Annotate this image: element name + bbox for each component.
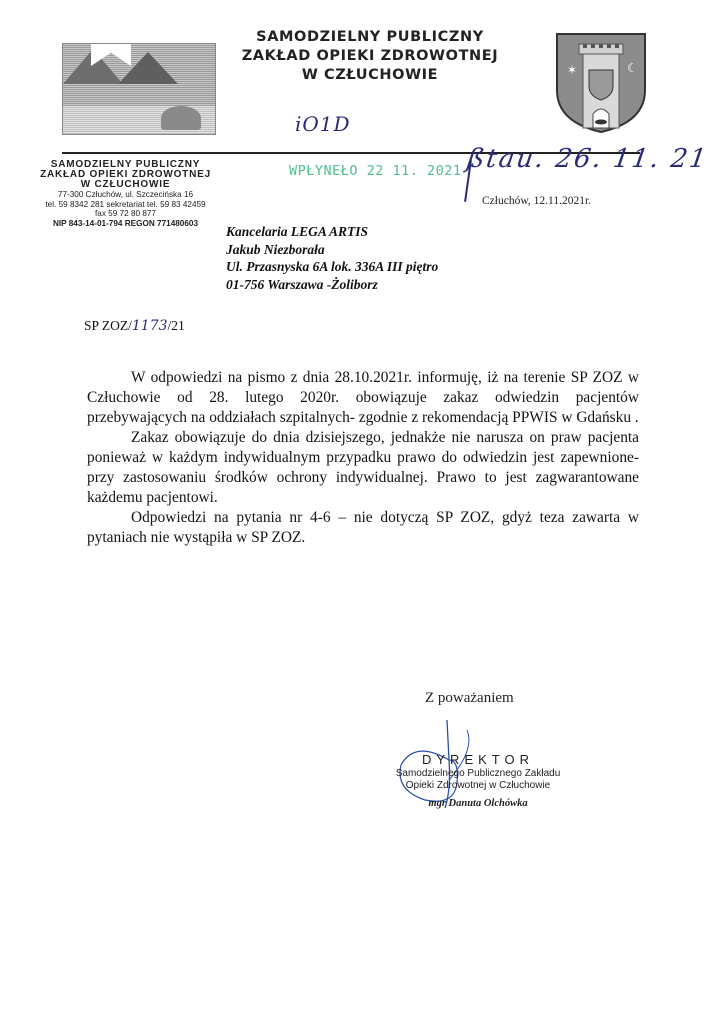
svg-text:☾: ☾: [627, 61, 638, 75]
organization-title: SAMODZIELNY PUBLICZNY ZAKŁAD OPIEKI ZDRO…: [220, 28, 520, 85]
received-stamp: WPŁYNEŁO 22 11. 2021: [289, 163, 462, 179]
stamp-title-line: W CZŁUCHOWIE: [38, 180, 213, 190]
org-title-line: SAMODZIELNY PUBLICZNY: [220, 28, 520, 47]
recipient-address: Kancelaria LEGA ARTIS Jakub Niezborała U…: [226, 223, 438, 293]
recipient-line: Kancelaria LEGA ARTIS: [226, 223, 438, 241]
reference-suffix: /21: [168, 318, 185, 333]
stamp-address: 77-300 Człuchów, ul. Szczecińska 16: [38, 190, 213, 200]
stamp-phone: tel. 59 8342 281 sekretariat tel. 59 83 …: [38, 200, 213, 210]
closing-salutation: Z poważaniem: [425, 690, 514, 707]
signature-block: DYREKTOR Samodzielnego Publicznego Zakła…: [388, 752, 568, 809]
reference-handwritten: 1173: [132, 318, 168, 334]
stamp-ids: NIP 843-14-01-794 REGON 771480603: [38, 219, 213, 229]
castle-photo: [62, 43, 216, 135]
org-title-line: ZAKŁAD OPIEKI ZDROWOTNEJ: [220, 47, 520, 66]
signer-institution-line: Samodzielnego Publicznego Zakładu: [388, 768, 568, 780]
body-paragraph: Odpowiedzi na pytania nr 4-6 – nie dotyc…: [87, 508, 639, 548]
signer-name: mgr Danuta Olchówka: [388, 798, 568, 809]
place-and-date: Człuchów, 12.11.2021r.: [482, 195, 591, 207]
recipient-line: Ul. Przasnyska 6A lok. 336A III piętro: [226, 258, 438, 276]
reference-prefix: SP ZOZ/: [84, 318, 132, 333]
handwritten-date: ßtau. 26. 11. 21: [465, 144, 710, 174]
reference-number: SP ZOZ/1173/21: [84, 318, 185, 334]
photo-fountain: [161, 106, 201, 130]
svg-text:✶: ✶: [567, 63, 577, 77]
institution-stamp: SAMODZIELNY PUBLICZNY ZAKŁAD OPIEKI ZDRO…: [38, 160, 213, 228]
handwritten-registry-number: iO1D: [295, 112, 351, 136]
stamp-fax: fax 59 72 80 877: [38, 209, 213, 219]
coat-of-arms-icon: ✶ ☾: [553, 30, 649, 134]
signer-institution-line: Opieki Zdrowotnej w Człuchowie: [388, 780, 568, 792]
body-paragraph: Zakaz obowiązuje do dnia dzisiejszego, j…: [87, 428, 639, 508]
org-title-line: W CZŁUCHOWIE: [220, 66, 520, 85]
letter-body: W odpowiedzi na pismo z dnia 28.10.2021r…: [87, 368, 639, 548]
signer-role: DYREKTOR: [388, 752, 568, 767]
recipient-line: 01-756 Warszawa -Żoliborz: [226, 276, 438, 294]
body-paragraph: W odpowiedzi na pismo z dnia 28.10.2021r…: [87, 368, 639, 428]
recipient-line: Jakub Niezborała: [226, 241, 438, 259]
